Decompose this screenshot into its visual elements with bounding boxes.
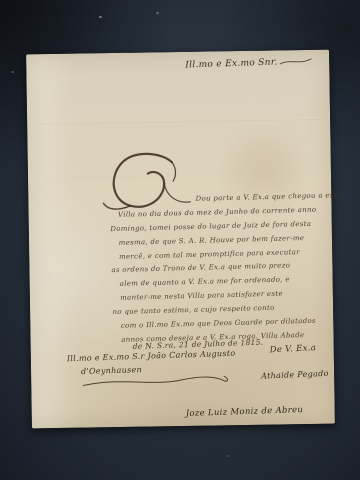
docket-signature: Joze Luiz Moniz de Abreu bbox=[186, 405, 304, 419]
paper-crease bbox=[33, 118, 324, 125]
letter-heading: Ill.mo e Ex.mo Snr. bbox=[185, 56, 314, 71]
sender-signature: Athaide Pegado bbox=[261, 369, 329, 381]
letter-paper: Ill.mo e Ex.mo Snr. Dou parte a V. Ex.a … bbox=[26, 50, 335, 429]
valediction: De V. Ex.a bbox=[270, 343, 317, 355]
heading-text: Ill.mo e Ex.mo Snr. bbox=[185, 57, 278, 70]
heading-flourish bbox=[279, 56, 313, 67]
letter-body: Dou parte a V. Ex.a que chegou a esta Vi… bbox=[84, 191, 328, 350]
photo-background: Ill.mo e Ex.mo Snr. Dou parte a V. Ex.a … bbox=[0, 0, 360, 480]
addressee-flourish bbox=[81, 373, 231, 389]
dust-speck bbox=[99, 16, 102, 18]
dust-speck bbox=[11, 71, 14, 73]
dust-speck bbox=[226, 455, 229, 457]
dust-speck bbox=[156, 12, 159, 14]
addressee-line-1: Ill.mo e Ex.mo S.r João Carlos Augusto bbox=[67, 349, 236, 364]
